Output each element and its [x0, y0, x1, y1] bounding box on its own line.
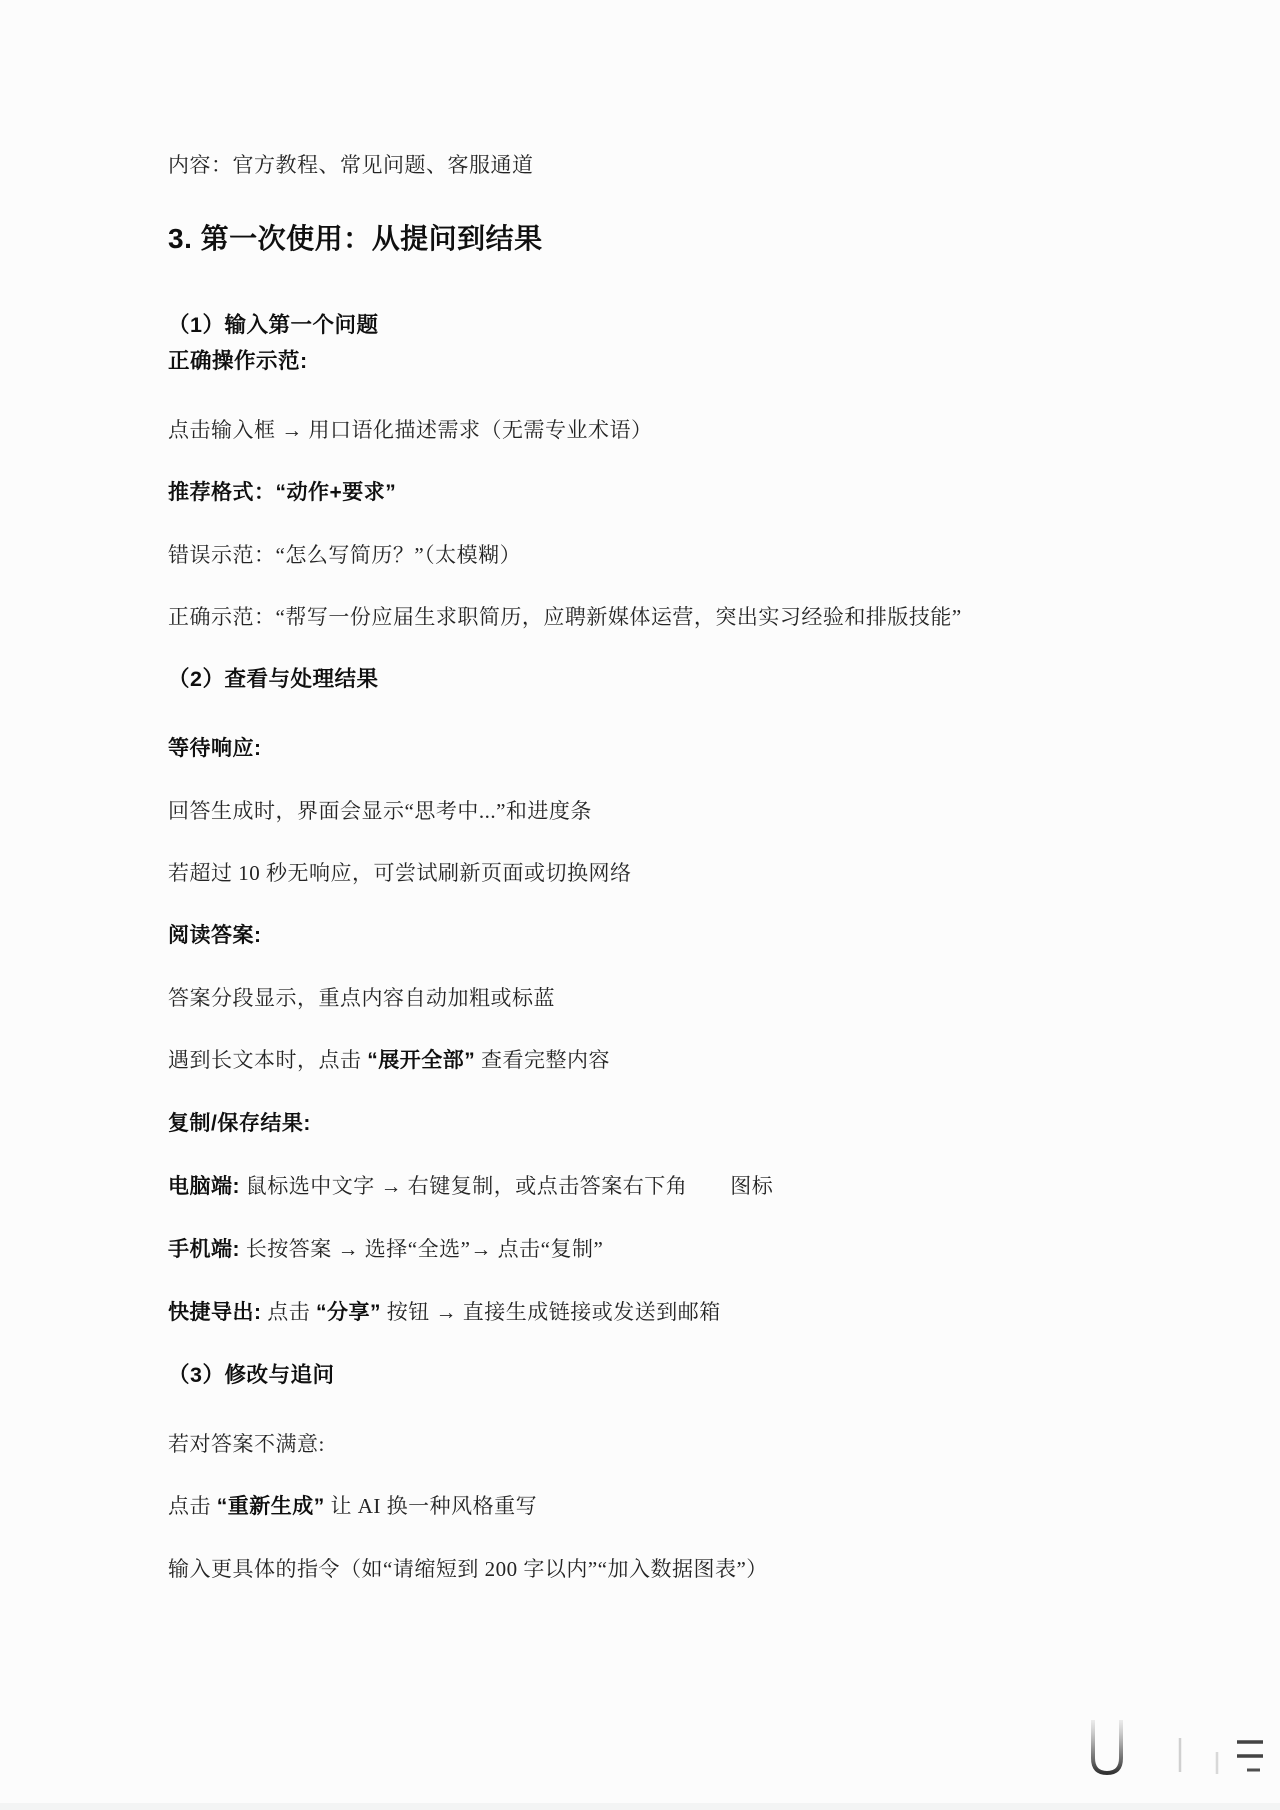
text-run: 遇到长文本时，点击: [168, 1048, 367, 1072]
bold-text-run: 手机端:: [168, 1238, 240, 1261]
text-run: 点击输入框 → 用口语化描述需求（无需专业术语）: [168, 418, 653, 442]
text-line: 正确示范：“帮写一份应届生求职简历，应聘新媒体运营，突出实习经验和排版技能”: [168, 597, 980, 637]
bold-text-run: 阅读答案:: [168, 924, 262, 947]
bold-text-run: 推荐格式：“动作+要求”: [168, 481, 396, 504]
text-line: 正确操作示范:: [168, 343, 980, 379]
text-line: 阅读答案:: [168, 915, 980, 956]
text-run: 若超过 10 秒无响应，可尝试刷新页面或切换网络: [168, 861, 632, 885]
bold-text-run: 等待响应:: [168, 737, 262, 760]
paragraph: 快捷导出: 点击 “分享” 按钮 → 直接生成链接或发送到邮箱: [168, 1292, 980, 1355]
bold-text-run: （2）查看与处理结果: [168, 667, 378, 691]
text-run: 让 AI 换一种风格重写: [325, 1494, 537, 1518]
paragraph: 若超过 10 秒无响应，可尝试刷新页面或切换网络: [168, 853, 980, 915]
paragraph: 电脑端: 鼠标选中文字 → 右键复制，或点击答案右下角 图标: [168, 1166, 980, 1229]
text-line: 快捷导出: 点击 “分享” 按钮 → 直接生成链接或发送到邮箱: [168, 1292, 980, 1333]
paragraph: 等待响应:: [168, 728, 980, 791]
document-page: 内容：官方教程、常见问题、客服通道3. 第一次使用：从提问到结果（1）输入第一个…: [0, 0, 1280, 1810]
text-line: 答案分段显示，重点内容自动加粗或标蓝: [168, 978, 980, 1018]
paragraph: 复制/保存结果:: [168, 1103, 980, 1166]
paragraph: 点击 “重新生成” 让 AI 换一种风格重写: [168, 1486, 980, 1549]
subsection-heading: （2）查看与处理结果: [168, 659, 980, 728]
text-line: 点击输入框 → 用口语化描述需求（无需专业术语）: [168, 410, 980, 450]
watermark-u-stroke: [1093, 1720, 1121, 1773]
bold-text-run: 快捷导出:: [168, 1301, 262, 1324]
text-line: 手机端: 长按答案 → 选择“全选”→ 点击“复制”: [168, 1229, 980, 1270]
text-line: （3）修改与追问: [168, 1357, 980, 1393]
bold-text-run: “重新生成”: [217, 1495, 325, 1518]
paragraph: 正确示范：“帮写一份应届生求职简历，应聘新媒体运营，突出实习经验和排版技能”: [168, 597, 980, 659]
text-line: 若超过 10 秒无响应，可尝试刷新页面或切换网络: [168, 853, 980, 893]
text-run: 查看完整内容: [475, 1048, 610, 1072]
bold-text-run: 电脑端:: [168, 1175, 240, 1198]
bold-text-run: 3. 第一次使用：从提问到结果: [168, 223, 543, 254]
text-line: 错误示范：“怎么写简历？”（太模糊）: [168, 535, 980, 575]
text-run: 回答生成时，界面会显示“思考中...”和进度条: [168, 799, 592, 823]
text-line: 点击 “重新生成” 让 AI 换一种风格重写: [168, 1486, 980, 1527]
paragraph: 推荐格式：“动作+要求”: [168, 472, 980, 535]
text-run: 答案分段显示，重点内容自动加粗或标蓝: [168, 986, 555, 1010]
text-run: 鼠标选中文字 → 右键复制，或点击答案右下角 图标: [240, 1174, 773, 1198]
paragraph: 若对答案不满意:: [168, 1424, 980, 1486]
text-line: 若对答案不满意:: [168, 1424, 980, 1464]
document-content: 内容：官方教程、常见问题、客服通道3. 第一次使用：从提问到结果（1）输入第一个…: [168, 145, 980, 1611]
paragraph: 答案分段显示，重点内容自动加粗或标蓝: [168, 978, 980, 1040]
bold-text-run: 正确操作示范:: [168, 349, 308, 373]
text-line: 电脑端: 鼠标选中文字 → 右键复制，或点击答案右下角 图标: [168, 1166, 980, 1207]
text-run: 输入更具体的指令（如“请缩短到 200 字以内”“加入数据图表”）: [168, 1557, 768, 1581]
text-run: 若对答案不满意:: [168, 1432, 325, 1456]
bold-text-run: （1）输入第一个问题: [168, 313, 378, 337]
page-bottom-edge: [0, 1803, 1280, 1810]
paragraph: 遇到长文本时，点击 “展开全部” 查看完整内容: [168, 1040, 980, 1103]
text-line: 输入更具体的指令（如“请缩短到 200 字以内”“加入数据图表”）: [168, 1549, 980, 1589]
paragraph: 输入更具体的指令（如“请缩短到 200 字以内”“加入数据图表”）: [168, 1549, 980, 1611]
bold-text-run: “展开全部”: [367, 1049, 475, 1072]
subsection-heading: （1）输入第一个问题正确操作示范:: [168, 281, 980, 410]
text-line: 遇到长文本时，点击 “展开全部” 查看完整内容: [168, 1040, 980, 1081]
bold-text-run: “分享”: [316, 1301, 381, 1324]
paragraph: 内容：官方教程、常见问题、客服通道: [168, 145, 980, 207]
text-run: 长按答案 → 选择“全选”→ 点击“复制”: [240, 1237, 603, 1261]
text-line: 3. 第一次使用：从提问到结果: [168, 215, 980, 263]
watermark-logo: [925, 1712, 1270, 1792]
text-run: 正确示范：“帮写一份应届生求职简历，应聘新媒体运营，突出实习经验和排版技能”: [168, 605, 962, 629]
text-run: 按钮 → 直接生成链接或发送到邮箱: [381, 1300, 721, 1324]
subsection-heading: （3）修改与追问: [168, 1355, 980, 1424]
text-line: （1）输入第一个问题: [168, 307, 980, 343]
section-heading: 3. 第一次使用：从提问到结果: [168, 207, 980, 281]
text-line: 内容：官方教程、常见问题、客服通道: [168, 145, 980, 185]
text-run: 点击: [262, 1300, 317, 1324]
paragraph: 回答生成时，界面会显示“思考中...”和进度条: [168, 791, 980, 853]
paragraph: 点击输入框 → 用口语化描述需求（无需专业术语）: [168, 410, 980, 472]
text-line: 回答生成时，界面会显示“思考中...”和进度条: [168, 791, 980, 831]
paragraph: 阅读答案:: [168, 915, 980, 978]
text-line: 复制/保存结果:: [168, 1103, 980, 1144]
paragraph: 错误示范：“怎么写简历？”（太模糊）: [168, 535, 980, 597]
text-run: 错误示范：“怎么写简历？”（太模糊）: [168, 543, 521, 567]
text-line: 推荐格式：“动作+要求”: [168, 472, 980, 513]
text-line: （2）查看与处理结果: [168, 661, 980, 697]
text-run: 内容：官方教程、常见问题、客服通道: [168, 153, 534, 177]
text-line: 等待响应:: [168, 728, 980, 769]
text-run: 点击: [168, 1494, 217, 1518]
paragraph: 手机端: 长按答案 → 选择“全选”→ 点击“复制”: [168, 1229, 980, 1292]
bold-text-run: （3）修改与追问: [168, 1363, 334, 1387]
bold-text-run: 复制/保存结果:: [168, 1112, 311, 1135]
